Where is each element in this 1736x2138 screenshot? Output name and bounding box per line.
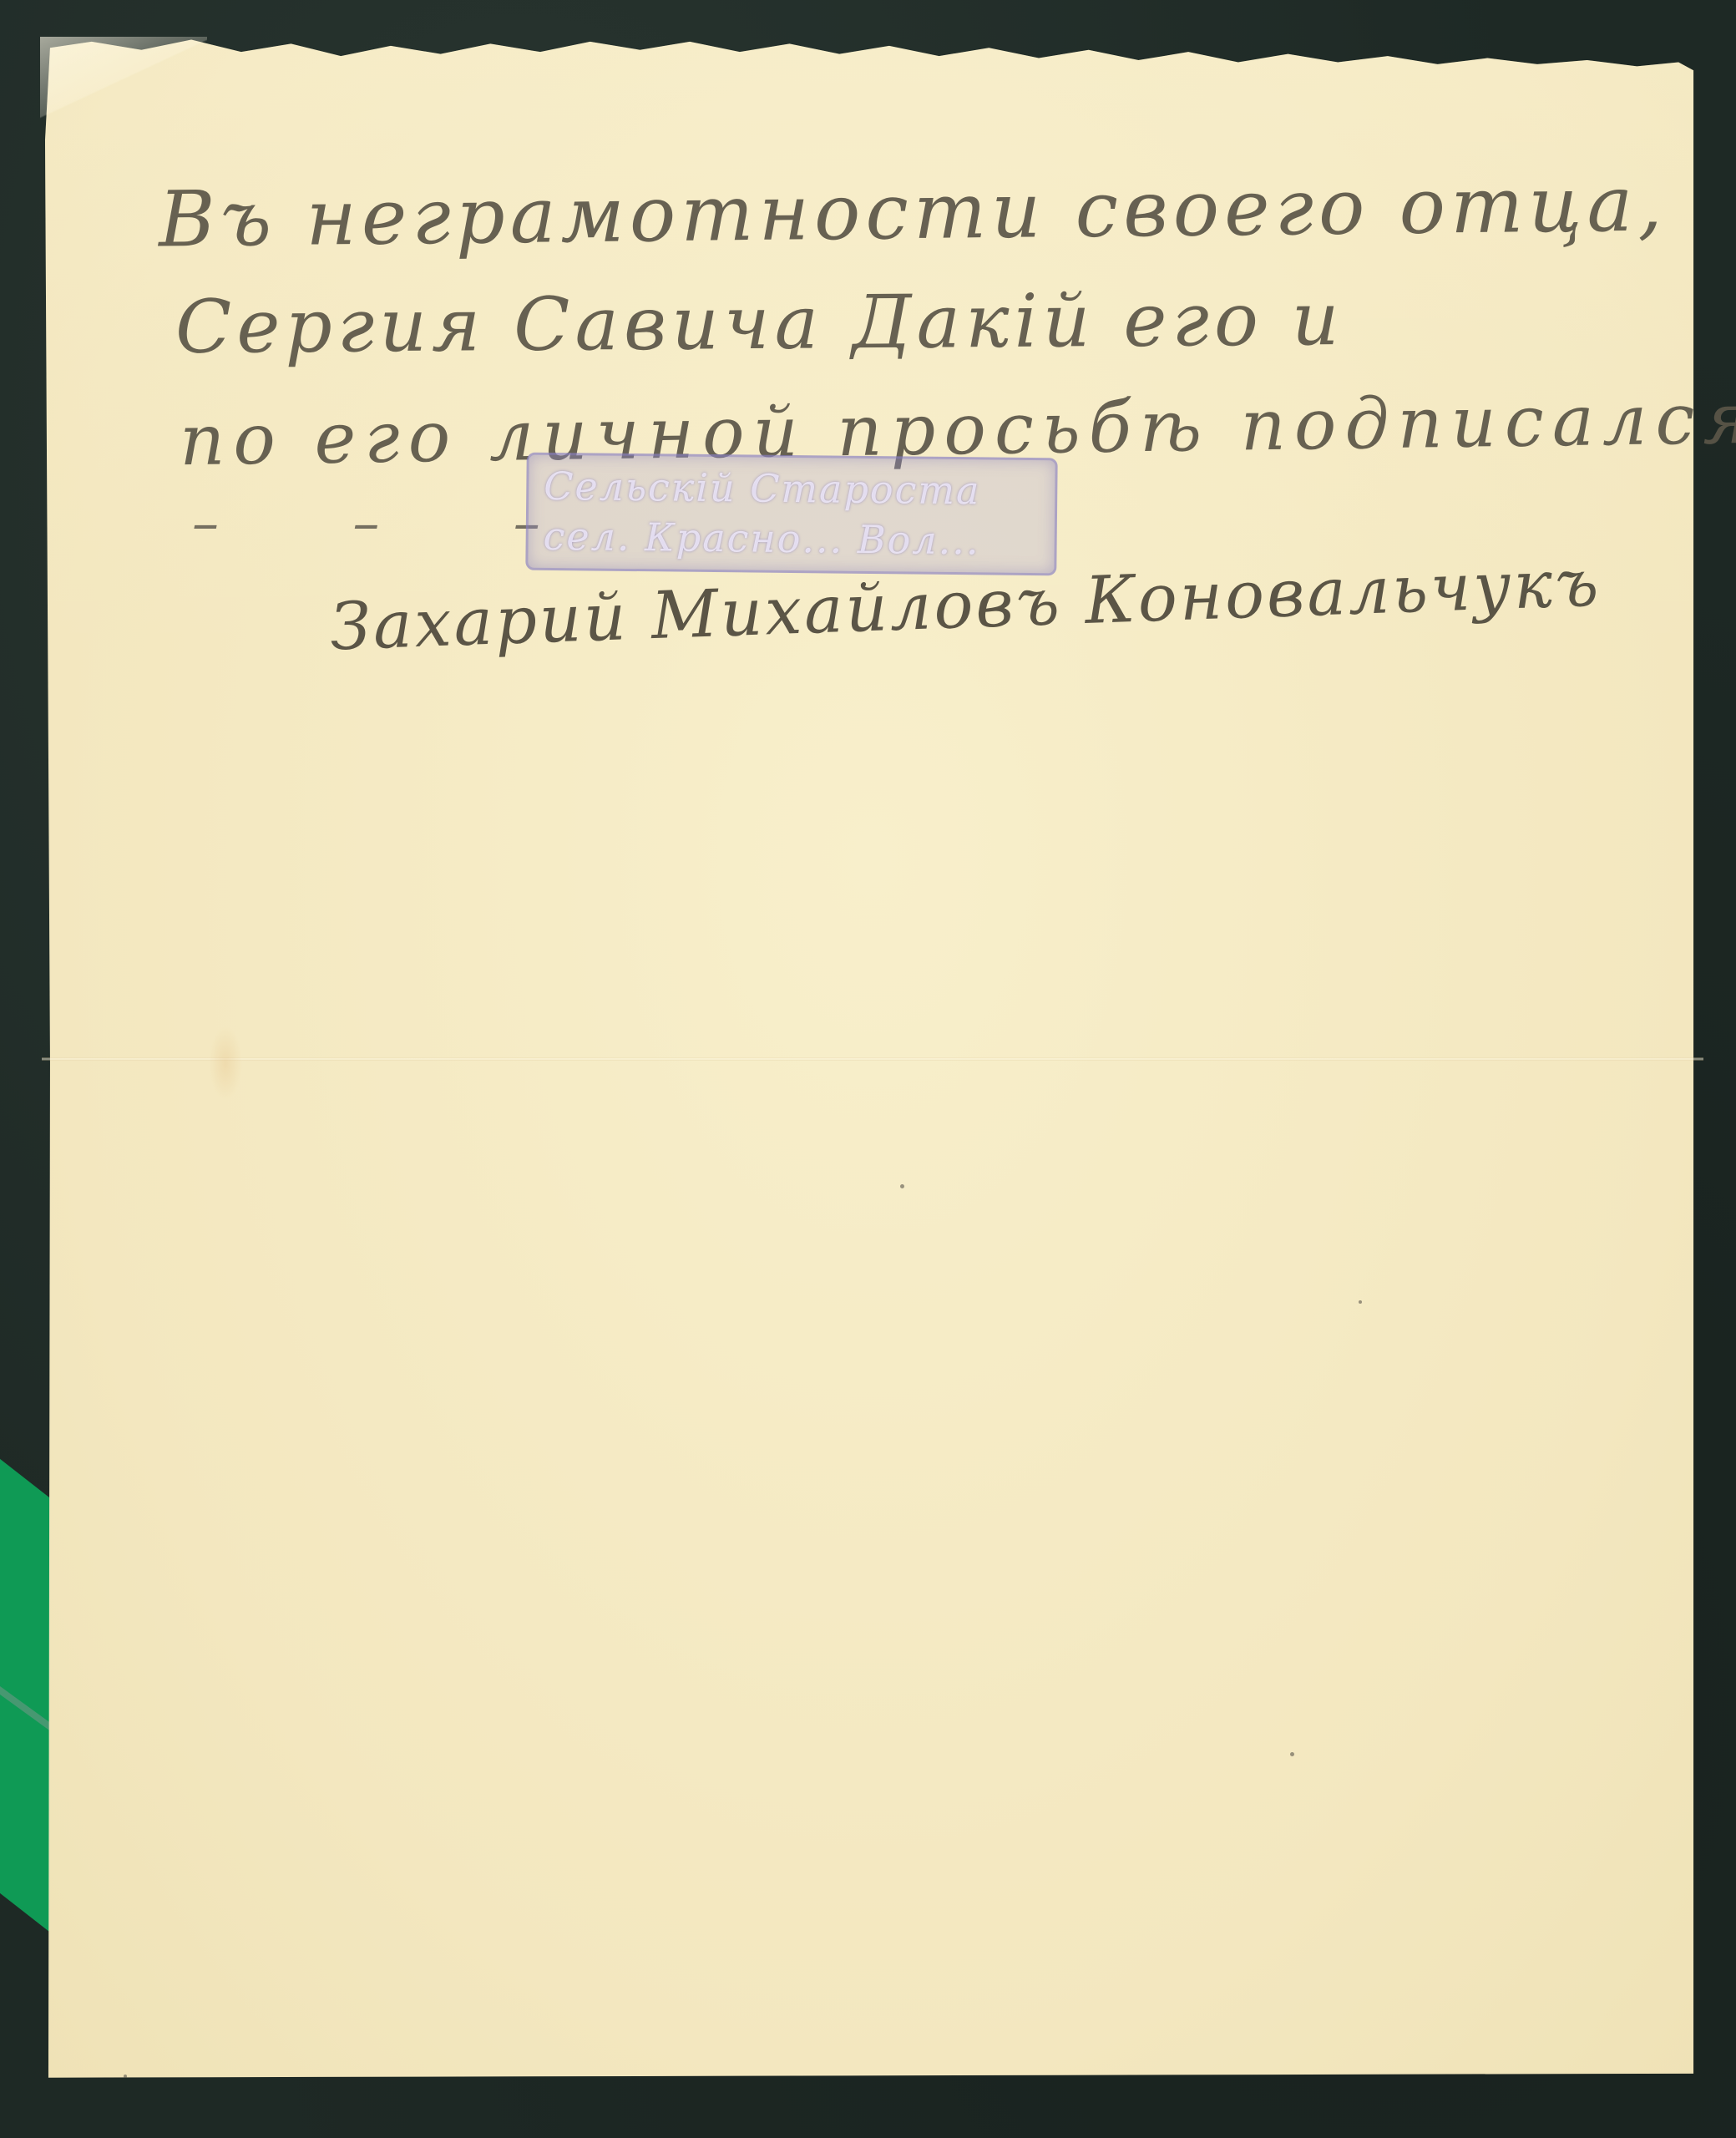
official-stamp: Сельскій Староста сел. Красно... Вол... — [525, 453, 1057, 576]
stamp-text-line-1: Сельскій Староста — [544, 464, 1040, 514]
paper-speck — [900, 1184, 904, 1188]
horizontal-fold-line — [42, 1057, 1703, 1061]
stamp-text-line-2: сел. Красно... Вол... — [543, 514, 1040, 564]
paper-speck — [1290, 1752, 1294, 1756]
handwritten-line-1: Въ неграмотности своего отца, — [158, 160, 1668, 265]
fold-stain — [209, 1026, 242, 1101]
paper-speck — [1359, 1300, 1362, 1304]
handwritten-line-2: Сергия Савича Дакій его и — [175, 276, 1344, 370]
paper-speck — [124, 2075, 127, 2078]
